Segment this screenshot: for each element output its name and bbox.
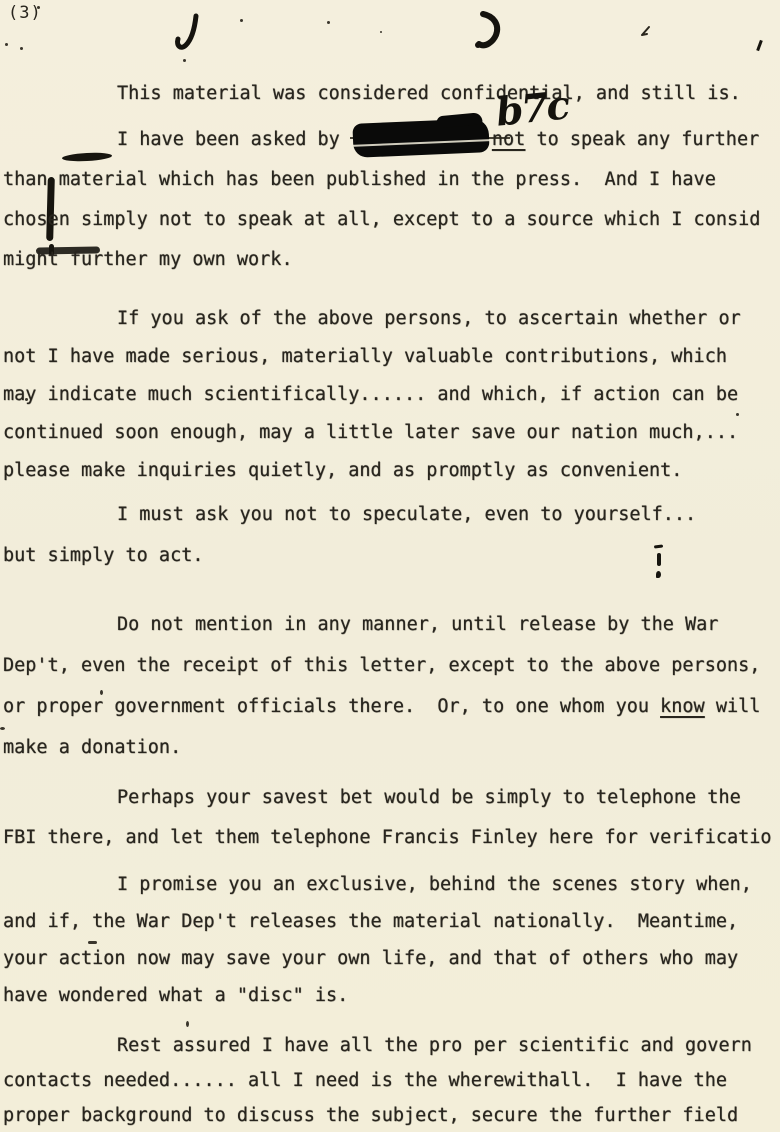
typed-line: continued soon enough, may a little late… [3, 414, 780, 452]
typed-line: not I have made serious, materially valu… [3, 338, 780, 376]
typed-line: proper background to discuss the subject… [3, 1098, 780, 1132]
scanned-letter-page: (3) This material was considered confide… [0, 0, 780, 1132]
typed-text: to speak any further [525, 129, 759, 150]
typed-line: than material which has been published i… [3, 160, 780, 200]
ink-tick-icon [640, 25, 652, 37]
typed-line: your action now may save your own life, … [3, 940, 780, 977]
paragraph: I have been asked by not to speak any fu… [3, 120, 780, 280]
typed-line: Dep't, even the receipt of this letter, … [3, 645, 780, 686]
typed-line: and if, the War Dep't releases the mater… [3, 903, 780, 940]
paragraph: Do not mention in any manner, until rele… [3, 604, 780, 768]
typed-line: make a donation. [3, 727, 780, 768]
typed-line: contacts needed...... all I need is the … [3, 1063, 780, 1098]
redaction-bar [352, 118, 489, 158]
typed-line: chosen simply not to speak at all, excep… [3, 200, 780, 240]
ink-speck [5, 43, 8, 46]
typed-line: but simply to act. [3, 535, 780, 576]
typed-line: Do not mention in any manner, until rele… [3, 604, 780, 645]
ink-speck [186, 1021, 189, 1027]
paragraph: This material was considered confidentia… [3, 74, 780, 114]
typed-line: This material was considered confidentia… [3, 74, 780, 114]
typed-text: will [705, 696, 761, 717]
ink-speck [37, 6, 40, 9]
ink-speck [183, 59, 186, 62]
typed-text: I have been asked by [117, 129, 351, 150]
typed-line: FBI there, and let them telephone Franci… [3, 818, 780, 858]
typed-line: may indicate much scientifically...... a… [3, 376, 780, 414]
paragraph: Rest assured I have all the pro per scie… [3, 1028, 780, 1132]
handwritten-annotation-b7c: b7c [494, 82, 571, 135]
typed-line: or proper government officials there. Or… [3, 686, 780, 727]
ink-apostrophe-mark [756, 40, 763, 51]
typed-text: or proper government officials there. Or… [3, 696, 660, 717]
typed-line: might further my own work. [3, 240, 780, 280]
typed-line-with-redaction: I have been asked by not to speak any fu… [3, 120, 780, 160]
ink-speck [240, 19, 243, 22]
typed-line: please make inquiries quietly, and as pr… [3, 452, 780, 490]
paragraph: I must ask you not to speculate, even to… [3, 494, 780, 576]
typed-line: Perhaps your savest bet would be simply … [3, 778, 780, 818]
paragraph: Perhaps your savest bet would be simply … [3, 778, 780, 858]
paragraph: If you ask of the above persons, to asce… [3, 300, 780, 490]
typed-line: If you ask of the above persons, to asce… [3, 300, 780, 338]
typed-line: Rest assured I have all the pro per scie… [3, 1028, 780, 1063]
paragraph: I promise you an exclusive, behind the s… [3, 866, 780, 1014]
typed-text-underlined: know [660, 696, 705, 717]
typed-line: have wondered what a "disc" is. [3, 977, 780, 1014]
ink-speck [380, 31, 382, 33]
ink-speck [20, 47, 23, 50]
typed-line: I must ask you not to speculate, even to… [3, 494, 780, 535]
ink-checkmark-icon [472, 10, 506, 54]
ink-speck [327, 21, 330, 24]
typed-line: I promise you an exclusive, behind the s… [3, 866, 780, 903]
ink-checkmark-icon [174, 13, 202, 55]
